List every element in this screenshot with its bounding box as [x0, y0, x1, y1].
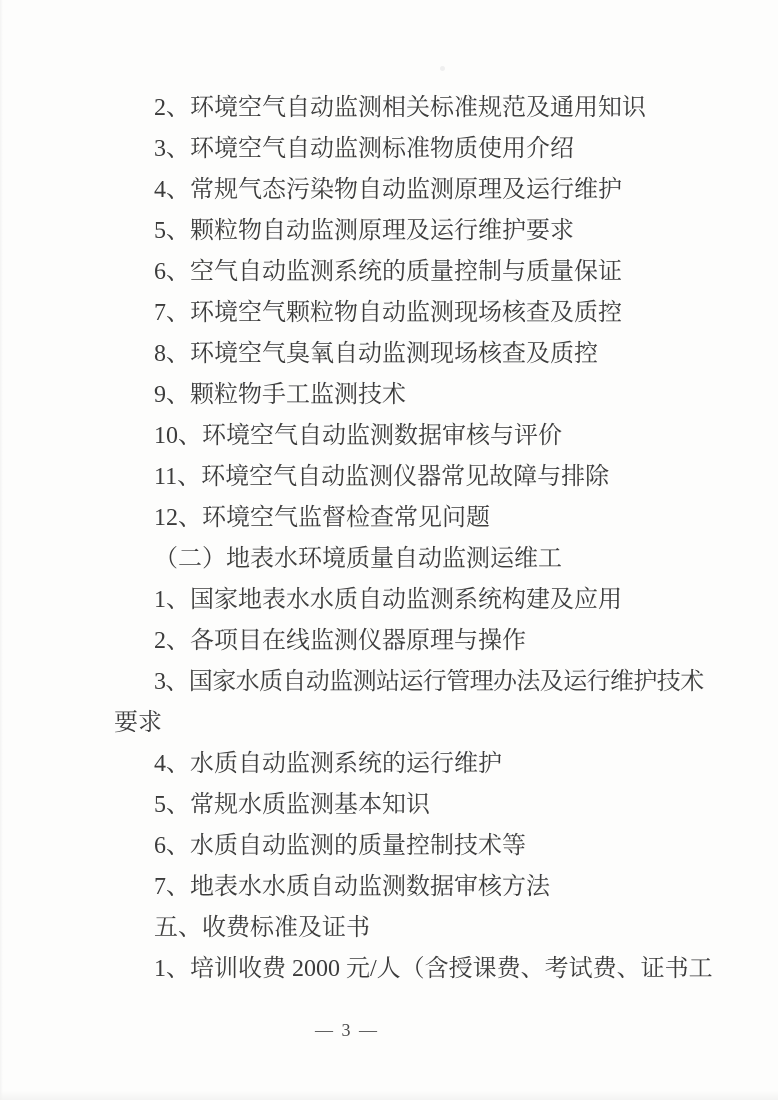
page-number: — 3 —: [0, 1018, 694, 1042]
document-body: 2、环境空气自动监测相关标准规范及通用知识 3、环境空气自动监测标准物质使用介绍…: [114, 88, 674, 990]
document-page: 2、环境空气自动监测相关标准规范及通用知识 3、环境空气自动监测标准物质使用介绍…: [0, 0, 778, 1100]
text-line: 3、环境空气自动监测标准物质使用介绍: [114, 129, 674, 170]
text-line: 4、水质自动监测系统的运行维护: [114, 744, 674, 785]
text-line: 2、环境空气自动监测相关标准规范及通用知识: [114, 88, 674, 129]
text-line: 3、国家水质自动监测站运行管理办法及运行维护技术: [114, 662, 674, 703]
text-line: 6、空气自动监测系统的质量控制与质量保证: [114, 252, 674, 293]
scan-edge-artifact-left: [0, 0, 3, 1100]
text-line: 1、国家地表水水质自动监测系统构建及应用: [114, 580, 674, 621]
scan-edge-artifact-bottom: [0, 1091, 778, 1100]
text-line: 9、颗粒物手工监测技术: [114, 375, 674, 416]
text-line: 6、水质自动监测的质量控制技术等: [114, 826, 674, 867]
text-line: 12、环境空气监督检查常见问题: [114, 498, 674, 539]
text-line: 5、颗粒物自动监测原理及运行维护要求: [114, 211, 674, 252]
text-line-continuation: 要求: [114, 703, 674, 744]
text-line: 1、培训收费 2000 元/人（含授课费、考试费、证书工: [114, 949, 674, 990]
section-heading: （二）地表水环境质量自动监测运维工: [114, 539, 674, 580]
text-line: 8、环境空气臭氧自动监测现场核查及质控: [114, 334, 674, 375]
scan-speck-artifact: [440, 66, 445, 71]
text-line: 7、环境空气颗粒物自动监测现场核查及质控: [114, 293, 674, 334]
text-line: 5、常规水质监测基本知识: [114, 785, 674, 826]
text-line: 10、环境空气自动监测数据审核与评价: [114, 416, 674, 457]
text-line: 7、地表水水质自动监测数据审核方法: [114, 867, 674, 908]
text-line: 11、环境空气自动监测仪器常见故障与排除: [114, 457, 674, 498]
text-line: 2、各项目在线监测仪器原理与操作: [114, 621, 674, 662]
section-heading: 五、收费标准及证书: [114, 908, 674, 949]
text-line: 4、常规气态污染物自动监测原理及运行维护: [114, 170, 674, 211]
